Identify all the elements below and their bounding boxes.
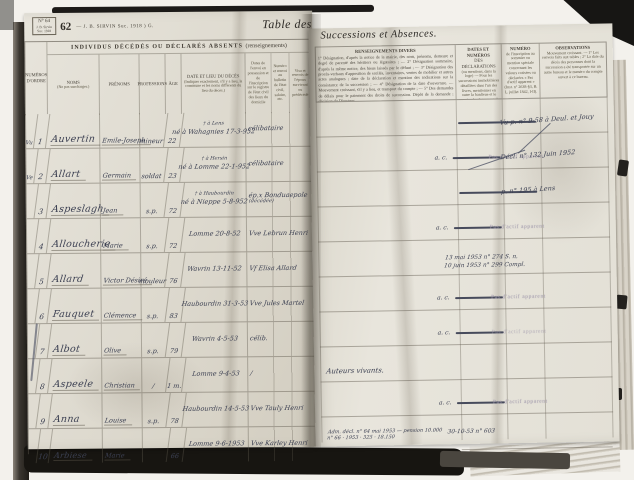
table-row: 5 Allard Victor Désiré mouleur 76 Wavrin… [27,252,313,289]
firstname: Louise [104,416,133,425]
left-table-body: Vu 1 Auvertin Emile-Joseph mineur 22 † à… [25,112,315,454]
firstname: Olive [103,346,127,355]
left-table-header: Numéros d'ordre INDIVIDUS DÉCÉDÉS OU DÉC… [24,39,311,115]
annotation-row: Vu p. n° 9-58 à Deul. et Jouy [316,97,609,137]
ac-mark: a. c. [437,294,451,301]
surname: Allart [51,169,87,181]
title-successions: Successions et Absences. [320,28,437,41]
col-sommier: NUMÉRO de l'inscription au sommier ou me… [502,44,541,99]
col-head-dates: DATES ET NUMÉROS [458,46,499,58]
right-page: Successions et Absences. RENSEIGNEMENTS … [308,23,619,446]
death-date: Lomme 9-6-1953 [188,439,245,447]
firstname: Germain [102,171,138,180]
status-text: célib. [249,334,268,342]
col-renseignements: RENSEIGNEMENTS DIVERS 1° Désignation, d'… [316,45,457,101]
table-row: Ve 2 Allart Germain soldat 23 † à Hersin… [26,147,312,184]
firstname: Jean [102,206,124,215]
surname: Anna [53,414,87,426]
numero-note: de l'inscription au sommier ou mention s… [504,51,538,95]
death-place-date: Haubourdin 14-5-53 [184,392,248,427]
death-date: Haubourdin 31-3-53 [181,299,249,308]
declaration-line1: 13 mai 1953 n° 274 S. n. [445,254,519,261]
col-head-professions: PROFESSIONS [137,81,167,87]
declaration-dates: 13 mai 1953 n° 274 S. n.10 juin 1953 n° … [444,254,527,271]
observation-note: p. n° 195 à Lens [501,184,556,196]
renseignements-note: Adm. décl. n° 64 mai 1953 — pension 10.0… [327,427,443,441]
death-place-date: † à Hersinné à Lomme 22-1-952 [182,147,246,182]
death-place-date: † à Lensné à Wahagnies 17-3-952 [182,112,246,147]
table-row: 10 Arbiese Marie 66 Lomme 9-6-1953 Vve K… [29,427,315,463]
status-text: Vve Karley Henri [250,439,308,448]
death-place-date: Lomme 9-4-53 [184,357,248,392]
table-row: 6 Fauquet Clémence s.p. 83 Haubourdin 31… [28,287,314,324]
surname: Fauquet [52,309,101,321]
surname: Allard [52,274,91,286]
col-declarations: DATES ET NUMÉROS DES DÉCLARATIONS (ou me… [456,44,503,99]
death-place-date: Haubourdin 31-3-53 [184,287,248,322]
corner-sub2: Suc. 1918 [36,29,52,33]
status-note: (décédée) [248,199,274,205]
firstname: Marie [104,451,131,460]
death-date: Wavrin 4-5-53 [192,334,239,342]
status-text: Vve Jules Martel [249,299,305,307]
table-row: 4 Alloucherie Marie s.p. 72 Lomme 20-8-5… [27,217,313,254]
annotation-row: a. c. Pas d'actif apparent [319,307,612,347]
observations-note: Mouvement croissant. — 1° Les renvois fa… [542,50,604,80]
photo-corner-mark [0,0,14,30]
section-title: INDIVIDUS DÉCÉDÉS OU DÉCLARÉS ABSENTS (r… [47,43,310,51]
col-head-bulletin: Numéro et renvoi au bulletin de l'état c… [273,64,288,103]
annotation-row: Auteurs vivants. [320,342,613,382]
status-text: célibataire [248,159,284,167]
renseignements-line2: n° 66 · 1953 · 325 · 18.150 [327,434,395,441]
annotation-row: 13 mai 1953 n° 274 S. n.10 juin 1953 n° … [318,237,611,277]
no-assets-stamp: Pas d'actif apparent [491,294,546,301]
col-head-envoi: Dates de l'envoi en possession et de l'i… [247,62,270,105]
death-date: Wavrin 13-11-52 [187,264,242,272]
annotation-row: p. n° 195 à Lens [317,167,610,207]
annotation-row: Adm. décl. n° 64 mai 1953 — pension 10.0… [321,412,614,451]
death-place-date: Wavrin 13-11-52 [183,252,247,287]
surname: Aspeele [53,379,100,391]
col-head-age: ÂGE [169,81,178,87]
death-date: Haubourdin 14-5-53 [182,404,250,413]
col-head-prenoms: PRÉNOMS [109,82,130,88]
ac-mark: a. c. [437,329,451,336]
col-observations: OBSERVATIONS Mouvement croissant. — 1° L… [540,42,607,97]
death-place-date: Lomme 20-8-52 [183,217,247,252]
annotation-row: a. c. Pas d'actif apparent [321,377,614,417]
col-head-date-lieu-note: (Indiquer exactement, s'il y a lieu, la … [183,79,244,94]
right-table-body: Vu p. n° 9-58 à Deul. et Jouy a. c. Pas … [316,97,614,442]
table-row: 8 Aspeele Christian / 1 m. Lomme 9-4-53 … [28,357,314,394]
table-row: Vu 1 Auvertin Emile-Joseph mineur 22 † à… [26,112,312,149]
table-row: 9 Anna Louise s.p. 78 Haubourdin 14-5-53… [28,392,314,429]
table-row: 7 Albot Olive s.p. 79 Wavrin 4-5-53 céli… [28,322,314,359]
declarations-note: (ou mentions, dans la loge) — Pour les s… [458,69,500,99]
declaration-line2: 10 juin 1953 n° 299 Compl. [444,261,526,268]
no-assets-stamp: Pas d'actif apparent [493,399,548,406]
ac-mark: a. c. [438,399,452,406]
death-place-date: Lomme 9-6-1953 [185,427,249,462]
death-place-date: Wavrin 4-5-53 [184,322,248,357]
right-table-header: RENSEIGNEMENTS DIVERS 1° Désignation, d'… [315,41,608,102]
corner-label: N° 64 J. B. Sirvin Suc. 1918 [32,17,56,36]
death-date: Lomme 9-4-53 [192,369,240,377]
col-head-noms-note: (Ne pas surcharger.) [57,85,89,90]
printer-imprint: — J. B. SIRVIN Suc. 1918 ) G. [76,24,154,30]
status-text: / [250,369,253,377]
photo-shadow-bottom-right [440,451,570,469]
firstname: Christian [104,381,142,390]
status-text: Vf Elisa Allard [249,264,297,272]
death-place-date: † à Haubourdinné à Nieppe 5-8-952 [183,182,247,217]
surname: Albot [52,344,87,356]
ac-mark: a. c. [434,154,448,161]
death-date: né à Wahagnies 17-3-952 [172,127,256,136]
renseignements-note: Auteurs vivants. [326,366,385,375]
status-text: célibataire [248,124,284,132]
death-date: né à Nieppe 5-8-952 [180,197,248,206]
declaration-dates: 30-10-53 n° 603 [447,429,495,437]
death-date: né à Lomme 22-1-952 [178,162,251,171]
annotation-row: a. c. Pas d'actif apparent Décl. n° 132 … [316,132,609,172]
page-number: 62 [60,21,71,33]
surname: Auvertin [50,134,101,146]
left-page: N° 64 J. B. Sirvin Suc. 1918 62 — J. B. … [24,11,316,449]
firstname: Marie [103,241,130,250]
table-row: 3 Aspeslagh Jean s.p. 72 † à Haubourdinn… [27,182,313,219]
renseignements-instructions: 1° Désignation, d'après la notice de la … [318,53,454,102]
no-assets-stamp: Pas d'actif apparent [492,329,547,336]
firstname: Clémence [103,311,143,320]
status-text: Vve Lebrun Henri [249,229,309,238]
no-assets-stamp: Pas d'actif apparent [490,224,545,231]
ac-mark: a. c. [435,224,449,231]
annotation-row: a. c. Pas d'actif apparent [319,272,612,312]
status-text: Vve Tauly Henri [250,404,304,412]
surname: Arbiese [53,451,93,461]
book-fold-shadow [301,14,321,448]
death-date: Lomme 20-8-52 [188,229,241,237]
col-head-num: Numéros d'ordre [25,72,47,83]
annotation-row: a. c. Pas d'actif apparent [317,202,610,242]
